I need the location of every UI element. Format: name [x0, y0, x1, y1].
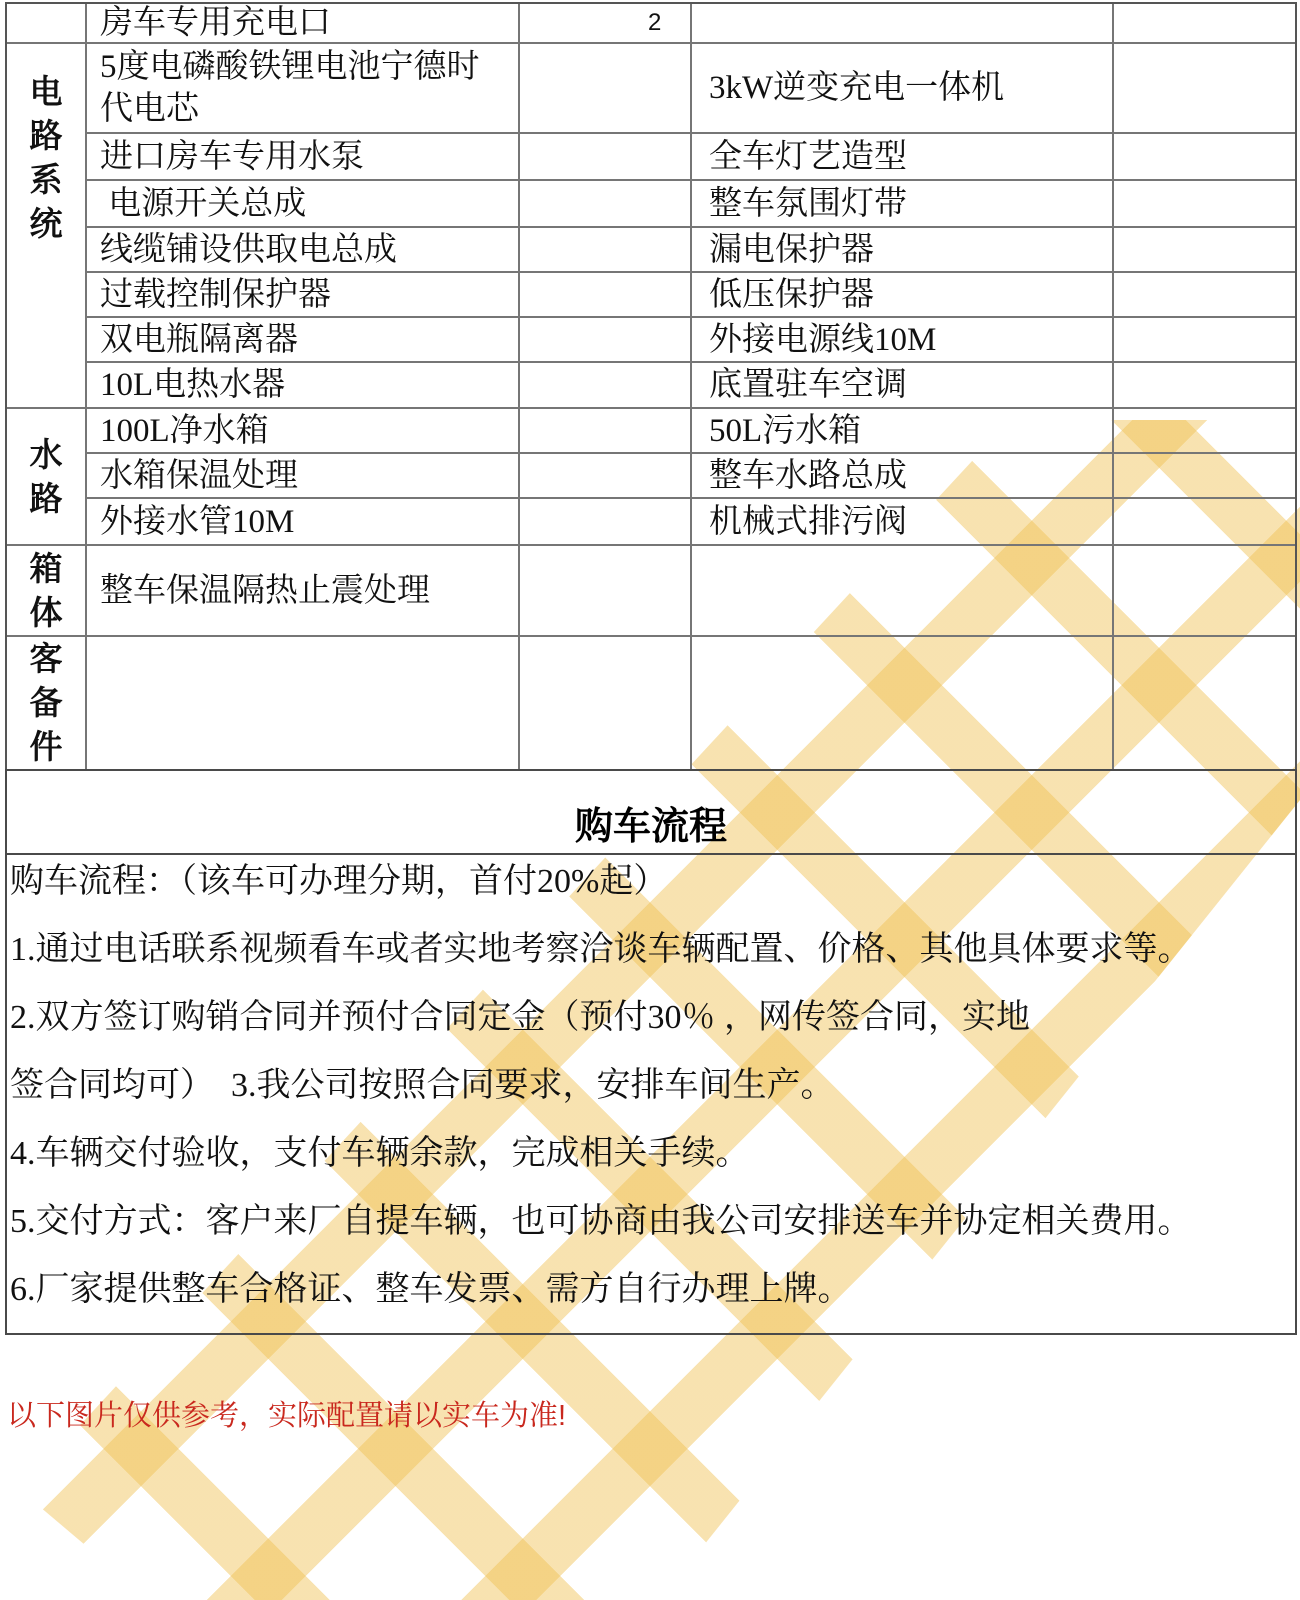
spec-item-cell: 水箱保温处理	[87, 454, 520, 499]
process-paragraph: 签合同均可） 3.我公司按照合同要求，安排车间生产。	[10, 1069, 1287, 1103]
section-label-water-system: 水路	[7, 409, 87, 546]
spec-value-cell	[1114, 546, 1295, 637]
spec-qty-cell: 2	[520, 4, 692, 44]
spec-value-cell	[1114, 363, 1295, 409]
spec-table: 房车专用充电口 2 电路系统 5度电磷酸铁锂电池宁德时代电芯 3kW逆变充电一体…	[5, 2, 1297, 771]
document-page: 房车专用充电口 2 电路系统 5度电磷酸铁锂电池宁德时代电芯 3kW逆变充电一体…	[0, 0, 1300, 1600]
spec-item-cell: 外接电源线10M	[692, 318, 1114, 363]
spec-item-cell	[692, 4, 1114, 44]
spec-item-cell: 电源开关总成	[87, 181, 520, 228]
spec-value-cell	[1114, 44, 1295, 134]
spec-item-cell: 3kW逆变充电一体机	[692, 44, 1114, 134]
spec-value-cell	[1114, 499, 1295, 546]
spec-item-cell: 整车保温隔热止震处理	[87, 546, 520, 637]
spec-item-cell: 整车水路总成	[692, 454, 1114, 499]
section-label-text: 电路系统	[28, 70, 64, 246]
spec-item-cell: 房车专用充电口	[87, 4, 520, 44]
spec-value-cell	[1114, 273, 1295, 318]
spec-value-cell	[1114, 409, 1295, 454]
spec-item-cell	[87, 637, 520, 769]
spec-value-cell	[1114, 4, 1295, 44]
spec-value-cell	[1114, 181, 1295, 228]
spec-item-cell: 5度电磷酸铁锂电池宁德时代电芯	[87, 44, 520, 134]
section-label-box-body: 箱体	[7, 546, 87, 637]
process-paragraph: 1.通过电话联系视频看车或者实地考察洽谈车辆配置、价格、其他具体要求等。	[10, 933, 1287, 967]
spec-value-cell	[520, 499, 692, 546]
document-content: 房车专用充电口 2 电路系统 5度电磷酸铁锂电池宁德时代电芯 3kW逆变充电一体…	[0, 0, 1300, 1600]
spec-item-cell: 低压保护器	[692, 273, 1114, 318]
process-paragraph: 6.厂家提供整车合格证、整车发票、需方自行办理上牌。	[10, 1273, 1287, 1307]
spec-item-cell: 整车氛围灯带	[692, 181, 1114, 228]
spec-value-cell	[520, 363, 692, 409]
purchase-process-title-block: 购车流程	[5, 769, 1297, 855]
spec-item-cell: 进口房车专用水泵	[87, 134, 520, 181]
spec-value-cell	[520, 318, 692, 363]
spec-value-cell	[1114, 637, 1295, 769]
spec-value-cell	[520, 228, 692, 273]
process-paragraph: 5.交付方式：客户来厂自提车辆，也可协商由我公司安排送车并协定相关费用。	[10, 1205, 1287, 1239]
spec-item-cell	[692, 546, 1114, 637]
spec-value-cell	[520, 44, 692, 134]
spec-value-cell	[1114, 318, 1295, 363]
spec-item-cell: 机械式排污阀	[692, 499, 1114, 546]
spec-item-cell	[692, 637, 1114, 769]
spec-item-cell: 漏电保护器	[692, 228, 1114, 273]
section-label-text: 水路	[28, 433, 64, 521]
spec-value-cell	[1114, 134, 1295, 181]
section-label-text: 客备件	[28, 637, 64, 769]
spec-value-cell	[520, 454, 692, 499]
process-paragraph: 2.双方签订购销合同并预付合同定金（预付30％ ，网传签合同，实地	[10, 1001, 1287, 1035]
spec-value-cell	[1114, 454, 1295, 499]
spec-item-cell: 100L净水箱	[87, 409, 520, 454]
spec-item-cell: 外接水管10M	[87, 499, 520, 546]
spec-value-cell	[520, 181, 692, 228]
spec-item-cell: 底置驻车空调	[692, 363, 1114, 409]
section-label-text: 箱体	[28, 547, 64, 635]
section-label-circuit-system: 电路系统	[7, 44, 87, 409]
spec-item-cell: 过载控制保护器	[87, 273, 520, 318]
section-label-cell-empty	[7, 4, 87, 44]
spec-value-cell	[520, 273, 692, 318]
section-label-customer-spares: 客备件	[7, 637, 87, 769]
process-paragraph: 4.车辆交付验收，支付车辆余款，完成相关手续。	[10, 1137, 1287, 1171]
spec-value-cell	[520, 546, 692, 637]
process-paragraph: 购车流程：（该车可办理分期，首付20%起）	[10, 865, 1287, 899]
spec-item-cell: 全车灯艺造型	[692, 134, 1114, 181]
spec-item-cell: 50L污水箱	[692, 409, 1114, 454]
purchase-process-title: 购车流程	[575, 807, 727, 847]
spec-item-cell: 双电瓶隔离器	[87, 318, 520, 363]
disclaimer-text: 以下图片仅供参考，实际配置请以实车为准!	[7, 1400, 566, 1432]
spec-item-cell: 线缆铺设供取电总成	[87, 228, 520, 273]
purchase-process-text-block: 购车流程：（该车可办理分期，首付20%起） 1.通过电话联系视频看车或者实地考察…	[5, 853, 1297, 1335]
spec-item-cell: 10L电热水器	[87, 363, 520, 409]
spec-value-cell	[1114, 228, 1295, 273]
spec-value-cell	[520, 134, 692, 181]
spec-value-cell	[520, 637, 692, 769]
spec-value-cell	[520, 409, 692, 454]
